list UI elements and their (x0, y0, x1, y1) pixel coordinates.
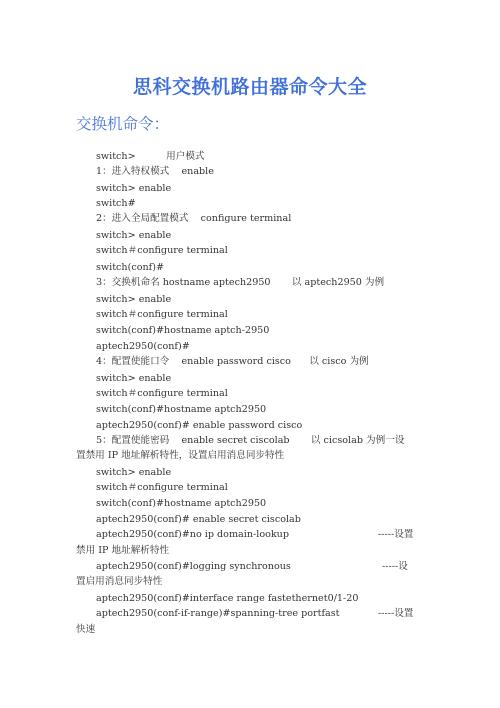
document-title: 思科交换机路由器命令大全 (0, 72, 500, 99)
command-line: aptech2950(conf)# enable password cisco (96, 420, 302, 432)
command-line: aptech2950(conf)#no ip domain-lookup (96, 529, 289, 541)
command-line: switch> enable (96, 183, 171, 195)
command-line: 快速 (76, 624, 95, 636)
section-heading: 交换机命令： (76, 112, 169, 134)
command-line: 3：交换机命名 hostname aptech2950 以 aptech2950… (96, 277, 384, 289)
right-note: -----设置 (378, 529, 413, 541)
command-line: switch> enable (96, 294, 171, 306)
command-line: aptech2950(conf)#interface range fasteth… (96, 593, 358, 605)
command-line: switch(conf)#hostname aptch2950 (96, 498, 266, 510)
command-line: switch＃configure terminal (96, 482, 228, 494)
command-line: switch> 用户模式 (96, 151, 205, 163)
command-line: 禁用 IP 地址解析特性 (76, 545, 169, 557)
command-line: 2：进入全局配置模式 configure terminal (96, 213, 291, 225)
right-note: -----设置 (378, 608, 413, 620)
command-line: aptech2950(conf)#logging synchronous (96, 561, 291, 573)
command-line: switch> enable (96, 373, 171, 385)
right-note: -----设 (382, 561, 408, 573)
command-line: switch(conf)#hostname aptch2950 (96, 404, 266, 416)
command-line: aptech2950(conf-if-range)#spanning-tree … (96, 608, 340, 620)
command-line: switch(conf)# (96, 262, 164, 274)
command-line: switch＃configure terminal (96, 245, 228, 257)
command-line: 置启用消息同步特性 (76, 576, 162, 588)
command-line: aptech2950(conf)# enable secret ciscolab (96, 514, 301, 526)
command-line: switch(conf)#hostname aptch-2950 (96, 325, 269, 337)
command-line: switch> enable (96, 467, 171, 479)
command-line: switch# (96, 198, 136, 210)
command-line: switch＃configure terminal (96, 309, 228, 321)
command-line: 5：配置使能密码 enable secret ciscolab 以 cicsol… (96, 435, 404, 447)
command-line: 置禁用 IP 地址解析特性，设置启用消息同步特性 (76, 450, 284, 462)
command-line: 1：进入特权模式 enable (96, 166, 214, 178)
command-line: switch＃configure terminal (96, 388, 228, 400)
command-line: 4：配置使能口令 enable password cisco 以 cisco 为… (96, 356, 369, 368)
command-line: aptech2950(conf)# (96, 341, 190, 353)
command-line: switch> enable (96, 230, 171, 242)
